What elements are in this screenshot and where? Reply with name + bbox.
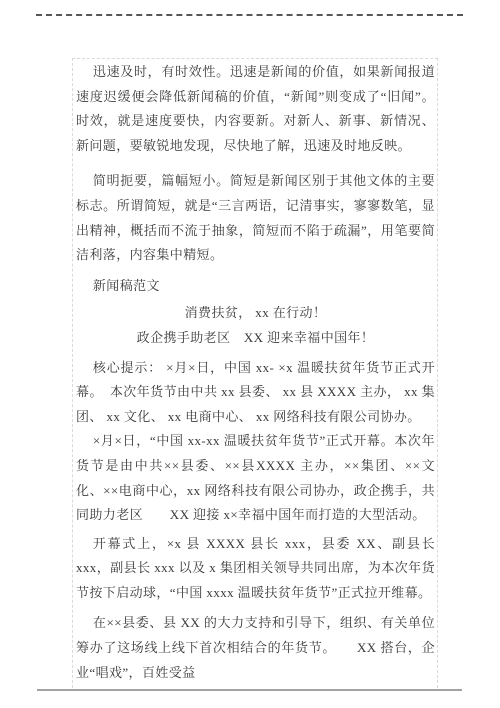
document-page: 迅速及时，有时效性。迅速是新闻的价值，如果新闻报道速度迟缓便会降低新闻稿的价值，… [72, 58, 438, 688]
heading-government-enterprise-cooperation: 政企携手助老区 XX 迎来幸福中国年！ [76, 326, 435, 351]
paragraph-news-timeliness: 迅速及时，有时效性。迅速是新闻的价值，如果新闻报道速度迟缓便会降低新闻稿的价值，… [76, 60, 435, 158]
paragraph-county-support: 在××县委、县 XX 的大力支持和引导下，组织、有关单位筹办了这场线上线下首次相… [76, 611, 435, 685]
top-divider-line [36, 14, 463, 16]
heading-consumption-poverty-alleviation: 消费扶贫， xx 在行动！ [76, 301, 435, 326]
paragraph-news-brevity: 简明扼要，篇幅短小。简短是新闻区别于其他文体的主要标志。所谓简短，就是“三言两语… [76, 169, 435, 267]
paragraph-core-tips: 核心提示： ×月×日，中国 xx- ×x 温暖扶贫年货节正式开幕。 本次年货节由… [76, 356, 435, 430]
section-label-sample-press-release: 新闻稿范文 [76, 274, 435, 299]
document-viewer: 迅速及时，有时效性。迅速是新闻的价值，如果新闻报道速度迟缓便会降低新闻稿的价值，… [0, 0, 500, 708]
paragraph-festival-opening: ×月×日，“中国 xx-xx 温暖扶贫年货节”正式开幕。本次年货节是由中共××县… [76, 429, 435, 527]
bottom-divider-line [37, 689, 462, 691]
paragraph-opening-ceremony: 开幕式上，×x 县 XXXX 县长 xxx，县委 XX、副县长 xxx，副县长 … [76, 532, 435, 606]
